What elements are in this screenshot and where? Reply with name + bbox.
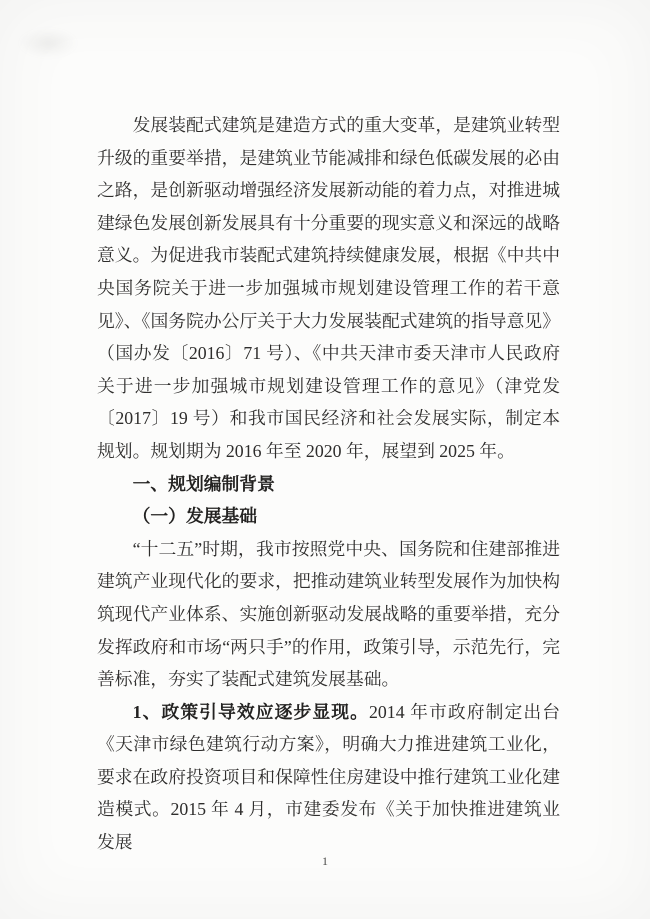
- paragraph-policy-guidance: 1、政策引导效应逐步显现。2014 年市政府制定出台《天津市绿色建筑行动方案》，…: [97, 696, 560, 859]
- paragraph-development-basis: “十二五”时期，我市按照党中央、国务院和住建部推进建筑产业现代化的要求，把推动建…: [97, 533, 560, 696]
- page-number: 1: [0, 854, 650, 869]
- subsection-heading: （一）发展基础: [97, 500, 560, 533]
- run-in-heading: 1、政策引导效应逐步显现。: [133, 702, 369, 722]
- paragraph-intro: 发展装配式建筑是建造方式的重大变革，是建筑业转型升级的重要举措，是建筑业节能减排…: [97, 109, 560, 468]
- paragraph-policy-guidance-text: 2014 年市政府制定出台《天津市绿色建筑行动方案》，明确大力推进建筑工业化，要…: [97, 702, 560, 852]
- section-heading: 一、规划编制背景: [97, 468, 560, 501]
- document-page: 发展装配式建筑是建造方式的重大变革，是建筑业转型升级的重要举措，是建筑业节能减排…: [0, 0, 650, 919]
- scan-smudge-artifact: [18, 28, 78, 58]
- document-body: 发展装配式建筑是建造方式的重大变革，是建筑业转型升级的重要举措，是建筑业节能减排…: [97, 109, 560, 859]
